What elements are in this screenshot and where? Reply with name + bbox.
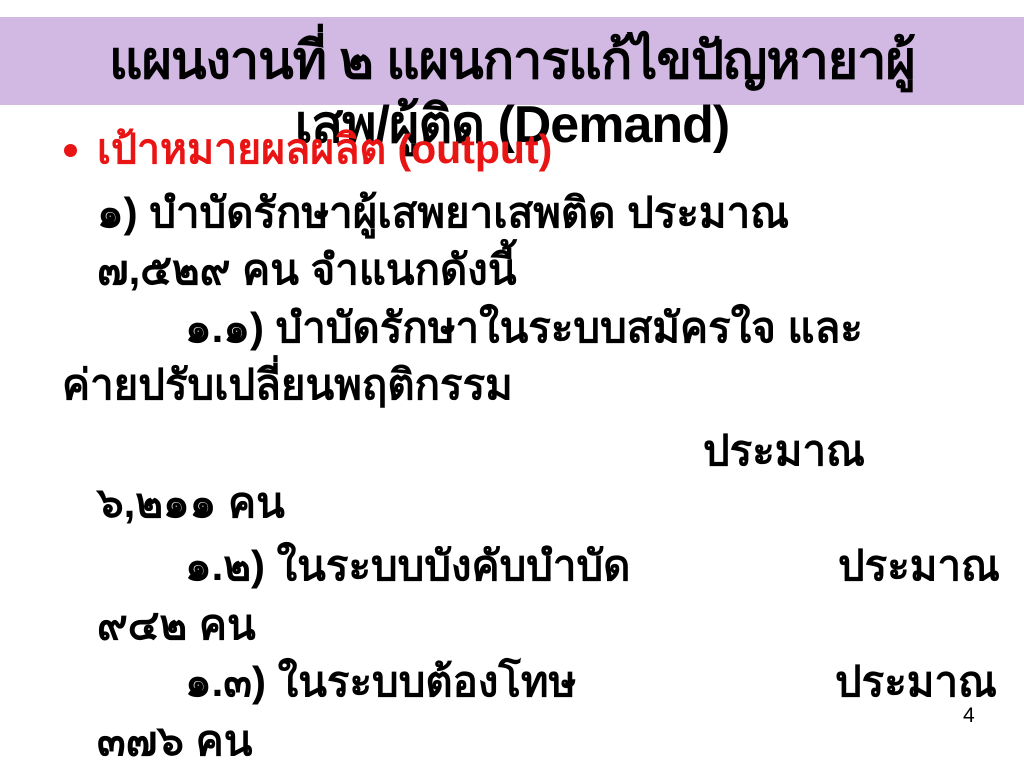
correctional-system-label: ๑.๓) ในระบบต้องโทษ: [185, 657, 576, 707]
correctional-system-approx-label: ประมาณ: [835, 657, 997, 707]
page-number: 4: [963, 704, 975, 728]
compulsory-system-approx-label: ประมาณ: [838, 541, 1000, 591]
output-target-heading: เป้าหมายผลผลิต (output): [97, 124, 552, 174]
compulsory-system-row: ๑.๒) ในระบบบังคับบำบัด ประมาณ: [185, 541, 1000, 591]
treatment-total-line-1: ๑) บำบัดรักษาผู้เสพยาเสพติด ประมาณ: [97, 188, 789, 238]
presentation-slide: แผนงานที่ ๒ แผนการแก้ไขปัญหายาผู้ เสพ/ผู…: [0, 0, 1024, 768]
correctional-system-row: ๑.๓) ในระบบต้องโทษ ประมาณ: [185, 657, 997, 707]
treatment-total-line-2: ๗,๕๒๙ คน จำแนกดังนี้: [97, 245, 517, 295]
correctional-system-amount: ๓๗๖ คน: [97, 716, 252, 766]
voluntary-system-approx-label: ประมาณ: [703, 426, 865, 476]
slide-title-line-1: แผนงานที่ ๒ แผนการแก้ไขปัญหายาผู้: [0, 29, 1024, 93]
compulsory-system-amount: ๙๔๒ คน: [97, 600, 256, 650]
voluntary-system-line-2: ค่ายปรับเปลี่ยนพฤติกรรม: [62, 360, 513, 410]
voluntary-system-amount: ๖,๒๑๑ คน: [97, 478, 285, 528]
compulsory-system-label: ๑.๒) ในระบบบังคับบำบัด: [185, 541, 630, 591]
bullet-icon: [64, 144, 77, 157]
voluntary-system-line-1: ๑.๑) บำบัดรักษาในระบบสมัครใจ และ: [185, 303, 863, 353]
